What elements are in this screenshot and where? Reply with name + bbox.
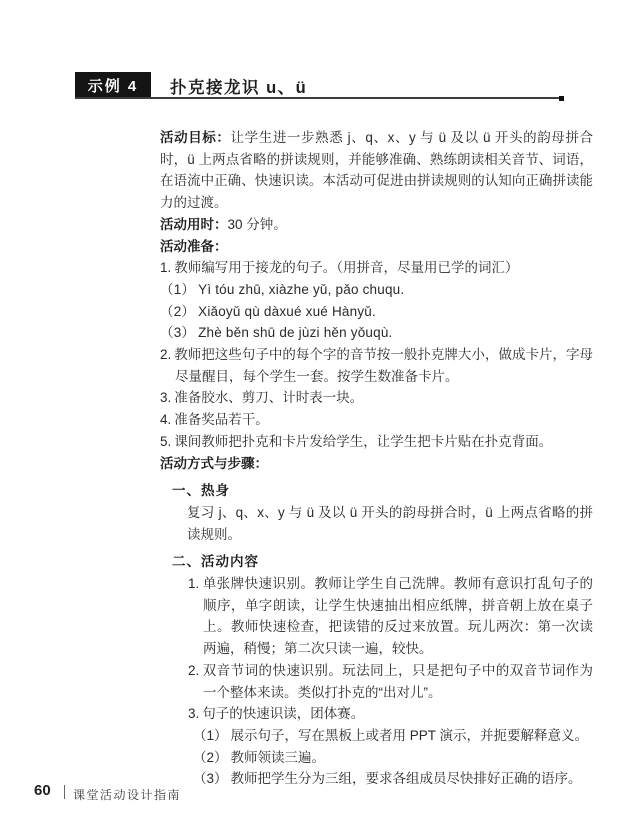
content-sub-2: （2）教师领读三遍。 [193, 747, 593, 769]
footer-divider [64, 785, 65, 799]
goal-label: 活动目标： [160, 130, 231, 145]
page-title: 扑克接龙识 u、ü [170, 74, 307, 98]
time-text: 30 分钟。 [228, 217, 287, 232]
prep-item-1: 1.教师编写用于接龙的句子。（用拼音，尽量用已学的词汇） [160, 257, 593, 279]
prep-sentence-1: （1）Yì tóu zhū, xiàzhe yǔ, pǎo chuqu. [160, 279, 593, 301]
prep-item-5: 5.课间教师把扑克和卡片发给学生，让学生把卡片贴在扑克背面。 [160, 431, 593, 453]
content-sub-3: （3）教师把学生分为三组，要求各组成员尽快排好正确的语序。 [193, 768, 593, 790]
page-body: 活动目标：让学生进一步熟悉 j、q、x、y 与 ü 及以 ü 开头的韵母拼合时，… [160, 127, 593, 790]
time-label: 活动用时： [160, 217, 228, 232]
content-heading: 二、活动内容 [172, 551, 593, 573]
prep-sentence-3: （3）Zhè běn shū de jùzi hěn yǒuqù. [160, 322, 593, 344]
example-badge: 示例 4 [75, 72, 151, 98]
footer-book-title: 课堂活动设计指南 [73, 786, 181, 803]
steps-label: 活动方式与步骤： [160, 453, 593, 475]
rule-end-dot-icon [559, 96, 564, 101]
warmup-text: 复习 j、q、x、y 与 ü 及以 ü 开头的韵母拼合时，ü 上两点省略的拼读规… [187, 502, 593, 545]
content-item-1: 1.单张牌快速识别。教师让学生自己洗牌。教师有意识打乱句子的顺序，单字朗读，让学… [188, 573, 593, 660]
content-item-3: 3.句子的快速识读，团体赛。 [188, 703, 593, 725]
warmup-heading: 一、热身 [172, 480, 593, 502]
prep-item-2: 2.教师把这些句子中的每个字的音节按一般扑克牌大小，做成卡片，字母尽量醒目，每个… [160, 344, 593, 387]
prep-item-4: 4.准备奖品若干。 [160, 409, 593, 431]
example-badge-label: 示例 4 [88, 75, 139, 96]
footer-page-number: 60 [34, 782, 51, 799]
prep-sentence-2: （2）Xiǎoyǔ qù dàxué xué Hànyǔ. [160, 301, 593, 323]
book-page: 示例 4 扑克接龙识 u、ü 活动目标：让学生进一步熟悉 j、q、x、y 与 ü… [0, 0, 642, 827]
prep-item-3: 3.准备胶水、剪刀、计时表一块。 [160, 387, 593, 409]
time-paragraph: 活动用时：30 分钟。 [160, 214, 593, 236]
goal-paragraph: 活动目标：让学生进一步熟悉 j、q、x、y 与 ü 及以 ü 开头的韵母拼合时，… [160, 127, 593, 214]
content-sub-1: （1）展示句子，写在黑板上或者用 PPT 演示，并扼要解释意义。 [193, 725, 593, 747]
content-item-2: 2.双音节词的快速识别。玩法同上，只是把句子中的双音节词作为一个整体来读。类似打… [188, 660, 593, 703]
header-rule [75, 97, 562, 99]
prep-label: 活动准备： [160, 236, 593, 258]
